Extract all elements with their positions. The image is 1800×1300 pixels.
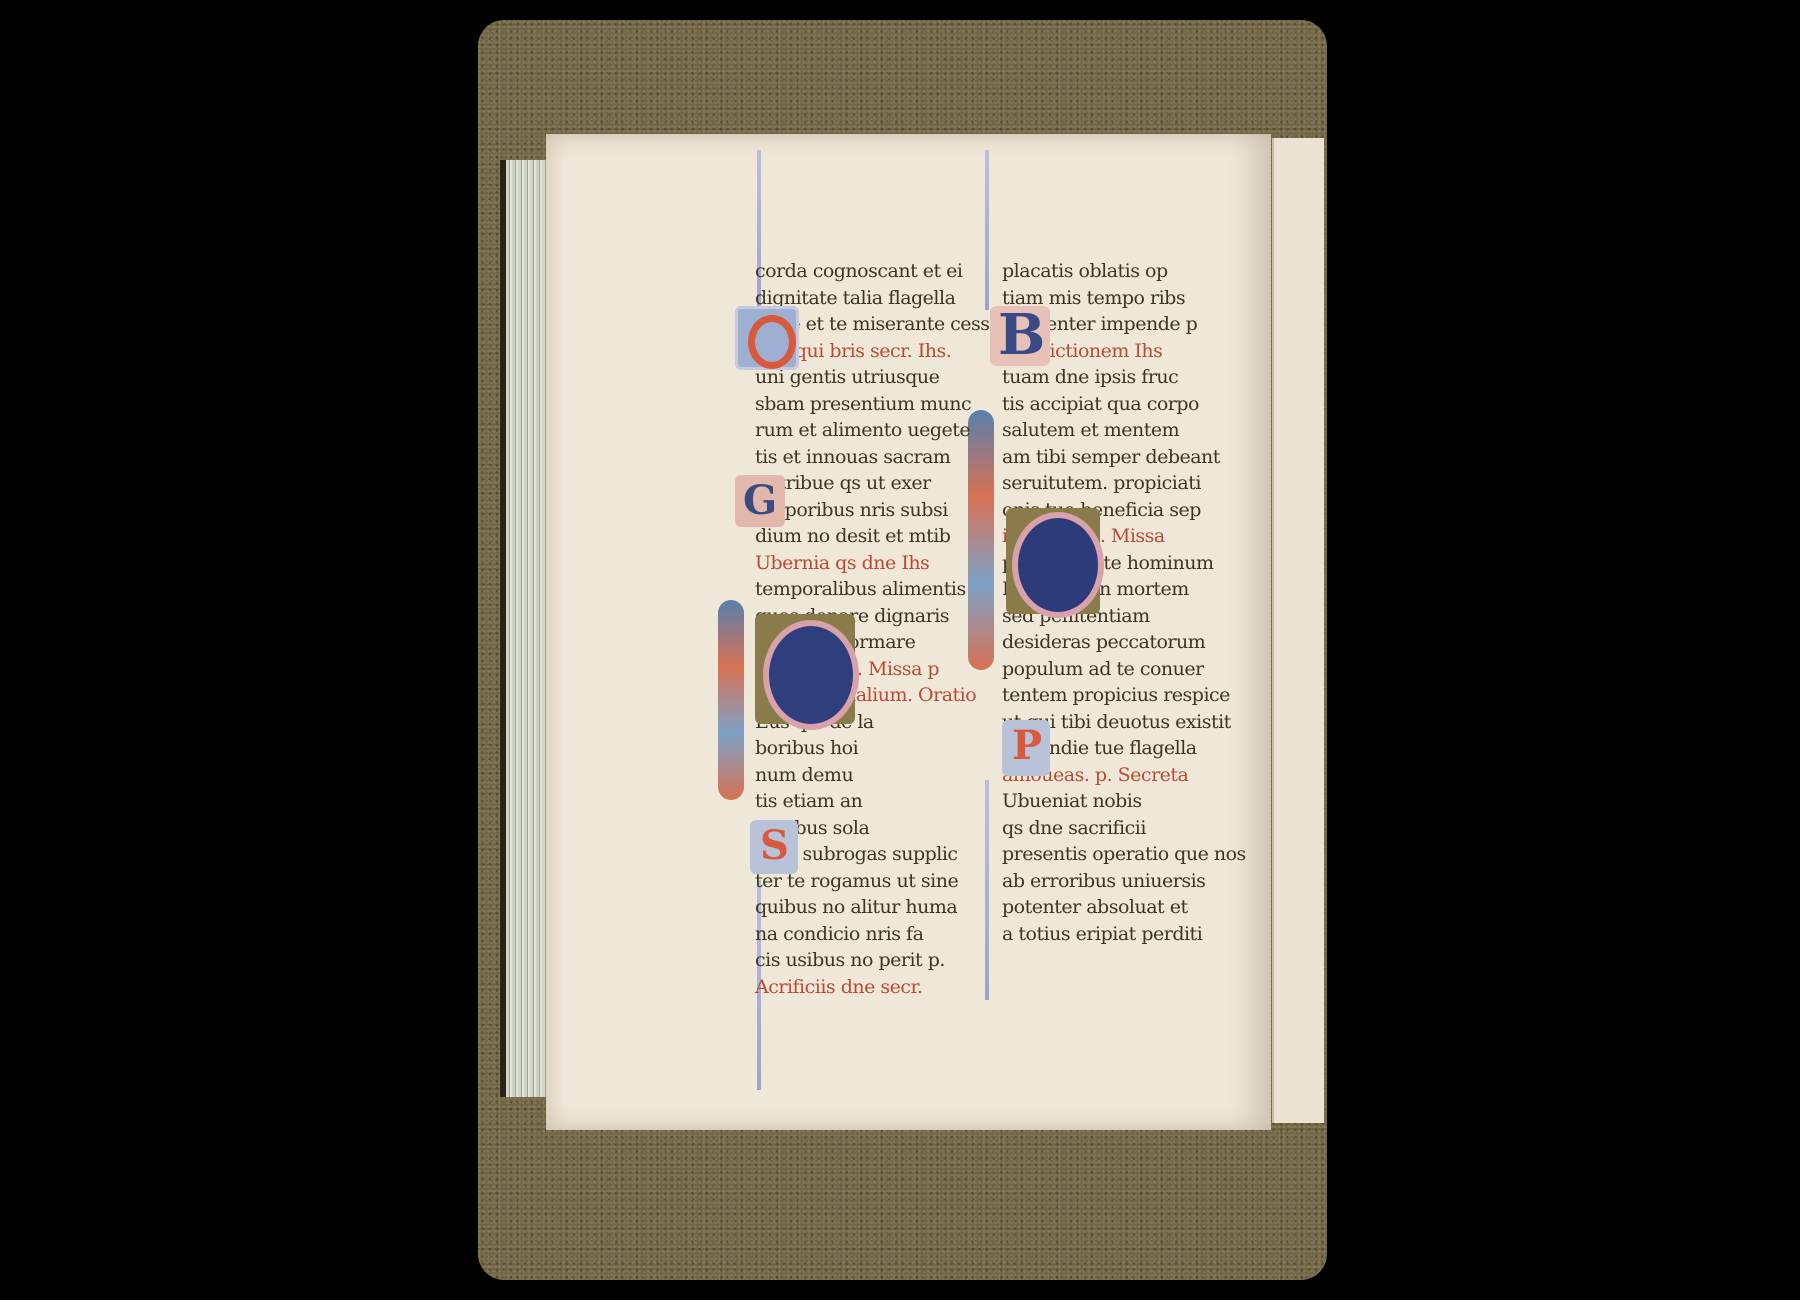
text-line: placatis oblatis op [1002, 258, 1246, 285]
initial-s [750, 820, 798, 874]
right-page-strip [1272, 138, 1324, 1123]
text-line: tis etiam an [755, 788, 1000, 815]
text-line: populum ad te conuer [1002, 656, 1246, 683]
text-line: na condicio nris fa [755, 921, 1000, 948]
text-line: rum et alimento uegete [755, 417, 1000, 444]
text-line: tis et innouas sacram [755, 444, 1000, 471]
text-line: corda cognoscant et ei [755, 258, 1000, 285]
initial-p [1002, 720, 1050, 776]
text-line: presentis operatio que nos [1002, 841, 1246, 868]
text-line: seruitutem. propiciati [1002, 470, 1246, 497]
text-line: tentem propicius respice [1002, 682, 1246, 709]
text-line: temporalibus alimentis [755, 576, 1000, 603]
text-line: Ubueniat nobis [1002, 788, 1246, 815]
initial-b [990, 306, 1050, 366]
historiated-initial-figures [1006, 508, 1100, 614]
text-line: salutem et mentem [1002, 417, 1246, 444]
text-line: Ubernia qs dne Ihs [755, 550, 1000, 577]
text-line: sbam presentium munc [755, 391, 1000, 418]
text-line: dium no desit et mtib [755, 523, 1000, 550]
historiated-initial-animals [755, 614, 855, 724]
text-line: qs dne sacrificii [1002, 815, 1246, 842]
initial-g [735, 475, 785, 527]
text-line: am tibi semper debeant [1002, 444, 1246, 471]
text-line: quibus no alitur huma [755, 894, 1000, 921]
text-line: Acrificiis dne secr. [755, 974, 1000, 1001]
text-line: desideras peccatorum [1002, 629, 1246, 656]
text-line: tis accipiat qua corpo [1002, 391, 1246, 418]
text-line: num demu [755, 762, 1000, 789]
text-line: potenter absoluat et [1002, 894, 1246, 921]
text-line: corporibus nris subsi [755, 497, 1000, 524]
text-line: to tribue qs ut exer [755, 470, 1000, 497]
text-line: a totius eripiat perditi [1002, 921, 1246, 948]
initial-d [735, 306, 799, 370]
text-line: ab erroribus uniuersis [1002, 868, 1246, 895]
acanthus-border [718, 600, 744, 800]
text-line: boribus hoi [755, 735, 1000, 762]
text-line: cis usibus no perit p. [755, 947, 1000, 974]
